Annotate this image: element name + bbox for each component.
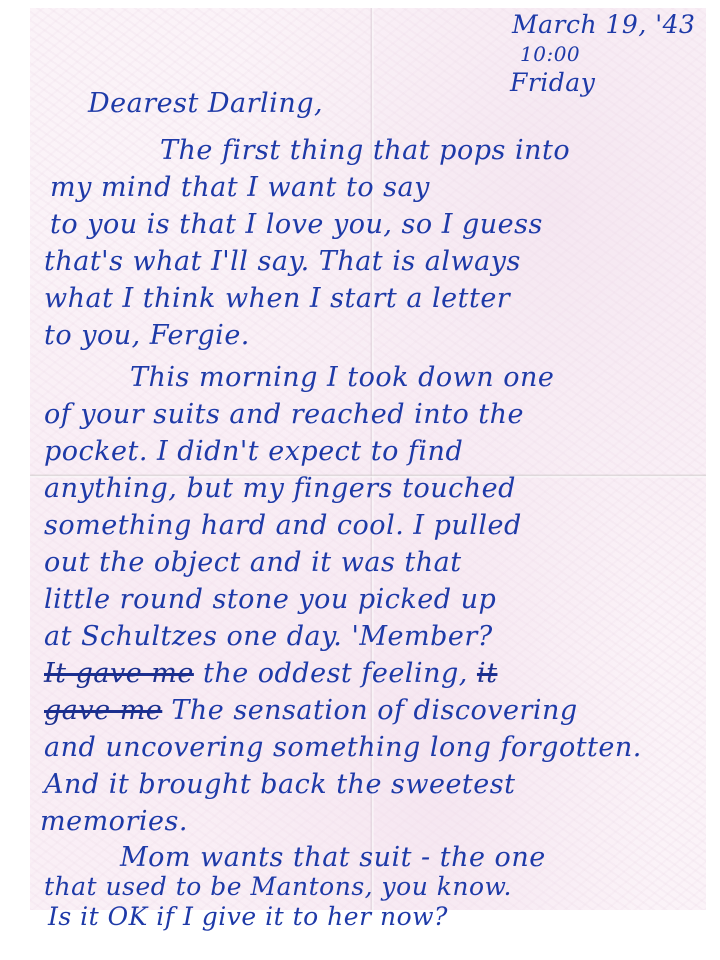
letter-line: Is it OK if I give it to her now? [48, 902, 448, 931]
letter-line: and uncovering something long forgotten. [44, 732, 642, 763]
letter-line: Mom wants that suit - the one [120, 842, 546, 873]
letter-line: something hard and cool. I pulled [44, 510, 522, 541]
letter-line: This morning I took down one [130, 362, 554, 393]
letter-line: The first thing that pops into [160, 135, 570, 166]
letter-line: out the object and it was that [44, 547, 462, 578]
letter-line: And it brought back the sweetest [44, 769, 515, 800]
letter-line: that's what I'll say. That is always [44, 246, 521, 277]
letter-line: to you, Fergie. [44, 320, 250, 351]
letter-day: Friday [510, 68, 595, 97]
letter-line: to you is that I love you, so I guess [50, 209, 543, 240]
letter-line: anything, but my fingers touched [44, 473, 516, 504]
letter-line: of your suits and reached into the [44, 399, 524, 430]
letter-time: 10:00 [520, 42, 580, 66]
letter-line: what I think when I start a letter [44, 283, 510, 314]
letter-line: little round stone you picked up [44, 584, 496, 615]
line-text: The sensation of discovering [171, 695, 577, 726]
letter-date: March 19, '43 [512, 10, 695, 39]
letter-line: my mind that I want to say [50, 172, 430, 203]
line-text: the oddest feeling, [203, 658, 468, 689]
letter-line: that used to be Mantons, you know. [44, 872, 512, 901]
struck-text: gave me [44, 695, 162, 726]
letter-line: memories. [40, 806, 188, 837]
letter-salutation: Dearest Darling, [88, 88, 323, 119]
letter-line-with-strikeout: gave me The sensation of discovering [44, 695, 578, 726]
letter-line: pocket. I didn't expect to find [44, 436, 463, 467]
struck-text: it [477, 658, 498, 689]
letter-line-with-strikeout: It gave me the oddest feeling, it [44, 658, 497, 689]
letter-line: at Schultzes one day. 'Member? [44, 621, 493, 652]
struck-text: It gave me [44, 658, 194, 689]
